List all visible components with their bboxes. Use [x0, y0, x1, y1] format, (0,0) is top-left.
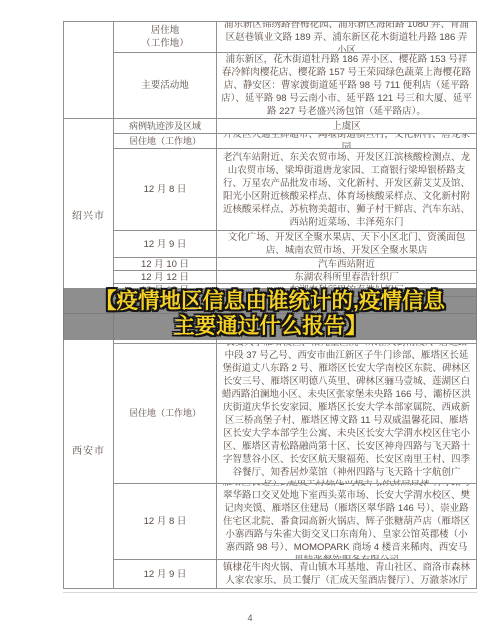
- table-row: 12 月 8 日 雁塔区长延堡街道丈八东路 2 号楼下张亮麻辣烫、育才路与翠华路…: [114, 483, 476, 559]
- caption-overlay-band: 【疫情地区信息由谁统计的,疫情信息 主要通过什么报告】: [63, 288, 477, 340]
- table-row: 12 月 9 日 长安大学校本部南院、商州区北宽坪红色教育景点、棣花古镇棣花牛肉…: [114, 559, 476, 588]
- row-label-line1: 12 月 9 日: [144, 238, 187, 251]
- row-content: 汽车西站附近: [217, 258, 476, 270]
- row-label-line2: （工作地）: [141, 37, 189, 50]
- row-content: 上虞区: [217, 119, 476, 133]
- city-cell-empty: [64, 22, 114, 118]
- row-label: 居住地 （工作地）: [114, 22, 217, 52]
- table-row: 12 月 10 日 汽车西站附近: [114, 257, 476, 270]
- row-label-line1: 12 月 8 日: [144, 183, 187, 196]
- table-row: 病例轨迹涉及区域 上虞区: [114, 119, 476, 133]
- row-label: 12 月 10 日: [114, 258, 217, 270]
- row-label-line1: 居住地（工作地）: [129, 407, 201, 420]
- table-row: 主要活动地 浦东新区，花木街道牡丹路 186 弄小区、樱花路 153 号祥春冷鲜…: [114, 52, 476, 118]
- table-row: 12 月 12 日 东湖农科所里春浩针织厂: [114, 270, 476, 283]
- table-row: 居住地 （工作地） 浦东新区锦绣路香梅花园、浦东新区海阳路 1080 弄、青浦区…: [114, 22, 476, 52]
- table-row: 居住地（工作地） 长安大学雁塔校区、佑儿童医院（朱雀大街南段）、唐延路中段 37…: [114, 343, 476, 483]
- row-content: 长安大学校本部南院、商州区北宽坪红色教育景点、棣花古镇棣花牛肉火锅、青山镇木耳基…: [217, 560, 476, 588]
- city-cell-xian: 西安市: [64, 314, 114, 588]
- row-label-line1: 居住地（工作地）: [129, 135, 201, 148]
- table-section-shanghai: 居住地 （工作地） 浦东新区锦绣路香梅花园、浦东新区海阳路 1080 弄、青浦区…: [64, 22, 476, 118]
- row-label: 居住地（工作地）: [114, 134, 217, 148]
- row-content: 长安大学雁塔校区、佑儿童医院（朱雀大街南段）、唐延路中段 37 号乙号、西安市曲…: [217, 344, 476, 483]
- caption-title-line2: 主要通过什么报告】: [173, 314, 367, 339]
- table-section-xian: 西安市 居住地（工作地） 长安大学雁塔校区、佑儿童医院（朱雀大街南段）、唐延路中…: [64, 313, 476, 588]
- row-label: 12 月 9 日: [114, 560, 217, 588]
- row-content: 浦东新区锦绣路香梅花园、浦东新区海阳路 1080 弄、青浦区赵巷镇业文路 189…: [217, 22, 476, 52]
- row-label: 12 月 8 日: [114, 484, 217, 559]
- row-label-line1: 主要活动地: [141, 79, 189, 92]
- row-label: 病例轨迹涉及区域: [114, 119, 217, 133]
- row-label-line1: 12 月 8 日: [144, 515, 187, 528]
- document-page: { "colors":{ "band":"rgba(122,122,122,0.…: [0, 0, 500, 631]
- footer-divider: [63, 592, 477, 593]
- row-label: 居住地（工作地）: [114, 344, 217, 483]
- page-number: 4: [0, 613, 500, 623]
- row-label: 12 月 12 日: [114, 271, 217, 283]
- row-content: 东湖农科所里春浩针织厂: [217, 271, 476, 283]
- table-row: 居住地（工作地） 开发区大通生鲜超市、陶堰街道横旦村，文化新村、唐龙家园: [114, 133, 476, 148]
- row-label: 12 月 9 日: [114, 231, 217, 257]
- row-content: 文化广场、开发区全聚水果店、天下小区北门、资溪面包店、城南农贸市场、开发区全聚水…: [217, 231, 476, 257]
- city-cell-shaoxing: 绍兴市: [64, 119, 114, 313]
- row-label-line1: 12 月 12 日: [141, 271, 189, 284]
- row-content: 浦东新区，花木街道牡丹路 186 弄小区、樱花路 153 号祥春冷鲜肉樱花店、樱…: [217, 53, 476, 118]
- row-label-line1: 12 月 10 日: [141, 258, 189, 271]
- caption-title-line1: 【疫情地区信息由谁统计的,疫情信息: [95, 289, 445, 314]
- row-label-line1: 居住地: [151, 24, 180, 37]
- table-section-shaoxing: 绍兴市 病例轨迹涉及区域 上虞区 居住地（工作地） 开发区大通生鲜超市、陶堰街道…: [64, 118, 476, 313]
- table-row: 12 月 9 日 文化广场、开发区全聚水果店、天下小区北门、资溪面包店、城南农贸…: [114, 230, 476, 257]
- row-content: 开发区大通生鲜超市、陶堰街道横旦村，文化新村、唐龙家园: [217, 134, 476, 148]
- row-label-line1: 病例轨迹涉及区域: [129, 120, 201, 133]
- row-label: 主要活动地: [114, 53, 217, 118]
- row-label: 12 月 8 日: [114, 149, 217, 230]
- row-content: 雁塔区长延堡街道丈八东路 2 号楼下张亮麻辣烫、育才路与翠华路口交叉处地下室西头…: [217, 484, 476, 559]
- table-row: 12 月 8 日 老汽车站附近、东关农贸市场、开发区江滨核酸检测点、龙山农贸市场…: [114, 148, 476, 230]
- row-label-line1: 12 月 9 日: [144, 568, 187, 581]
- row-content: 老汽车站附近、东关农贸市场、开发区江滨核酸检测点、龙山农贸市场、梁埠街道唐龙家园…: [217, 149, 476, 230]
